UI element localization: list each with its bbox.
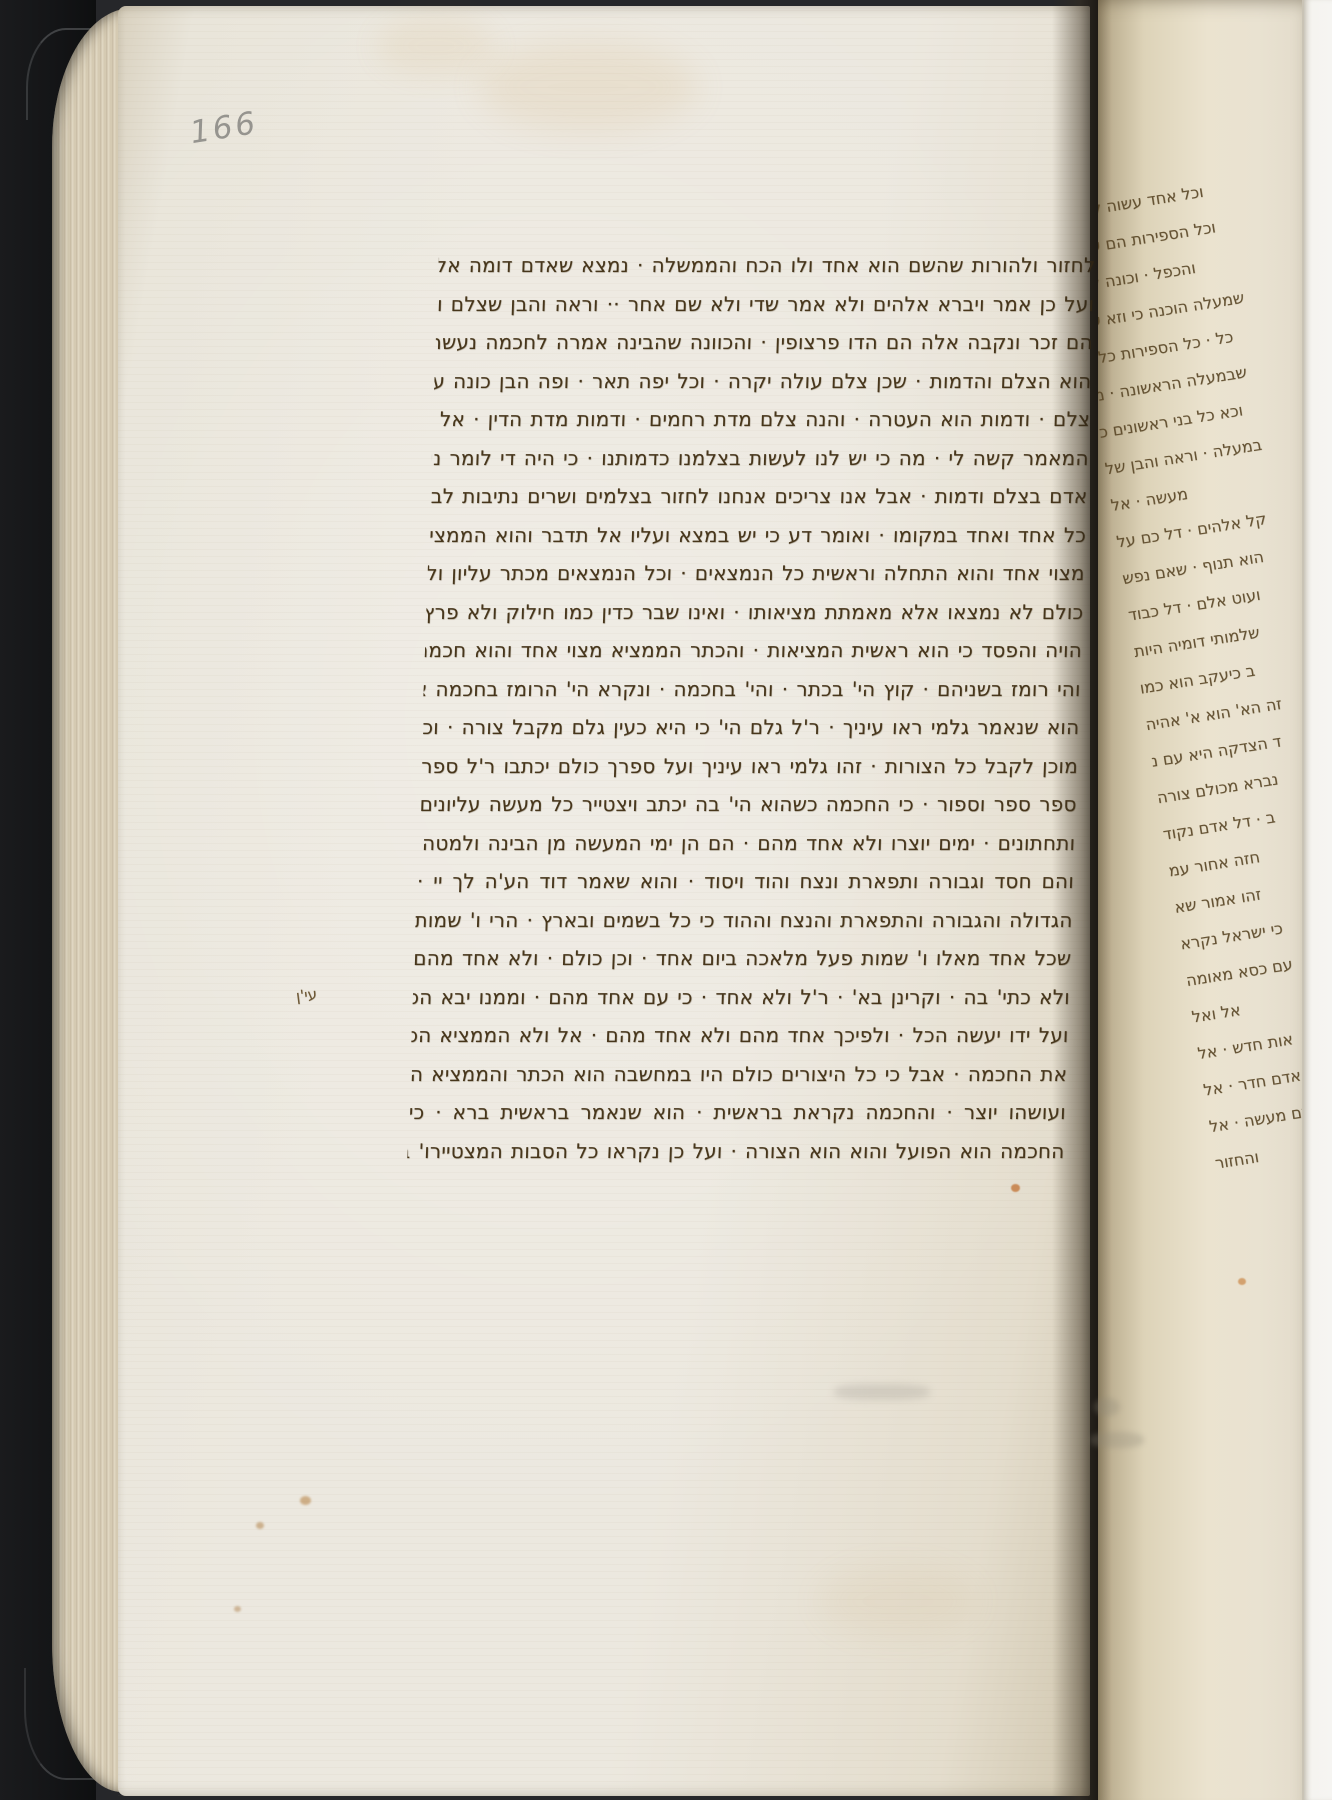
manuscript-line: ועושהו יוצר · והחכמה נקראת בראשית · הוא …	[408, 1093, 1066, 1132]
foxing-spot	[1011, 1184, 1020, 1192]
paper-stain	[818, 1566, 978, 1636]
manuscript-line: שכל אחד מאלו ו' שמות פעל מלאכה ביום אחד …	[414, 939, 1072, 978]
manuscript-line: והי רומז בשניהם · קוץ הי' בכתר · והי' בח…	[423, 670, 1081, 709]
manuscript-line: את החכמה · אבל כי כל היצורים כולם היו במ…	[410, 1055, 1068, 1094]
manuscript-line: ולא כתי' בה · וקרינן בא' · ר'ל ולא אחד ·…	[412, 978, 1070, 1017]
foxing-spot	[1238, 1278, 1246, 1285]
manuscript-line: כולם לא נמצאו אלא מאמתת מציאותו · ואינו …	[426, 593, 1084, 632]
manuscript-line: אדם בצלם ודמות · אבל אנו צריכים אנחנו לח…	[430, 477, 1088, 516]
margin-note: עי'ן	[295, 985, 318, 1005]
foxing-spot	[300, 1496, 311, 1505]
pencil-smudge	[834, 1384, 930, 1400]
manuscript-line: מצוי אחד והוא התחלה וראשית כל הנמצאים · …	[427, 554, 1085, 593]
manuscript-line: ועל ידו יעשה הכל · ולפיכך אחד מהם ולא אח…	[411, 1016, 1069, 1055]
manuscript-line: מוכן לקבל כל הצורות · זהו גלמי ראו עיניך…	[420, 747, 1078, 786]
manuscript-line: הם זכר ונקבה אלה הם הדו פרצופין · והכוונ…	[435, 323, 1093, 362]
facing-page-edge: וכל אחד עשוה לעבדוכל הספירות הם עשרוהכפל…	[1098, 0, 1302, 1800]
manuscript-line: הוא שנאמר גלמי ראו עיניך · ר'ל גלם הי' כ…	[422, 708, 1080, 747]
manuscript-line: הגדולה והגבורה והתפארת והנצח וההוד כי כל…	[415, 901, 1073, 940]
manuscript-page: 166 לחזור ולהורות שהשם הוא אחד ולו הכח ו…	[118, 6, 1090, 1796]
manuscript-line: ועל כן אמר ויברא אלהים ולא אמר שדי ולא ש…	[436, 285, 1094, 324]
facing-page-text: וכל אחד עשוה לעבדוכל הספירות הם עשרוהכפל…	[1098, 148, 1302, 1182]
manuscript-line: צלם · ודמות הוא העטרה · והנה צלם מדת רחמ…	[432, 400, 1090, 439]
manuscript-line: ותחתונים · ימים יוצרו ולא אחד מהם · הם ה…	[418, 824, 1076, 863]
manuscript-line: והם חסד וגבורה ותפארת ונצח והוד ויסוד · …	[416, 862, 1074, 901]
manuscript-line: לחזור ולהורות שהשם הוא אחד ולו הכח והממש…	[438, 246, 1096, 285]
foxing-spot	[234, 1606, 241, 1612]
paper-stain	[376, 16, 496, 76]
text-block: לחזור ולהורות שהשם הוא אחד ולו הכח והממש…	[407, 246, 1096, 1170]
manuscript-photo: 166 לחזור ולהורות שהשם הוא אחד ולו הכח ו…	[0, 0, 1332, 1800]
foxing-spot	[256, 1522, 264, 1529]
manuscript-line: הוא הצלם והדמות · שכן צלם עולה יקרה · וכ…	[434, 362, 1092, 401]
manuscript-line: הויה והפסד כי הוא ראשית המציאות · והכתר …	[424, 631, 1082, 670]
fore-edge	[1302, 0, 1332, 1800]
paper-stain	[478, 42, 698, 132]
manuscript-line: החכמה הוא הפועל והוא הוא הצורה · ועל כן …	[407, 1132, 1065, 1171]
folio-number: 166	[188, 105, 261, 151]
manuscript-line: כל אחד ואחד במקומו · ואומר דע כי יש במצא…	[428, 516, 1086, 555]
manuscript-line: ספר ספר וספור · כי החכמה כשהוא הי' בה יכ…	[419, 785, 1077, 824]
manuscript-line: המאמר קשה לי · מה כי יש לנו לעשות בצלמנו…	[431, 439, 1089, 478]
